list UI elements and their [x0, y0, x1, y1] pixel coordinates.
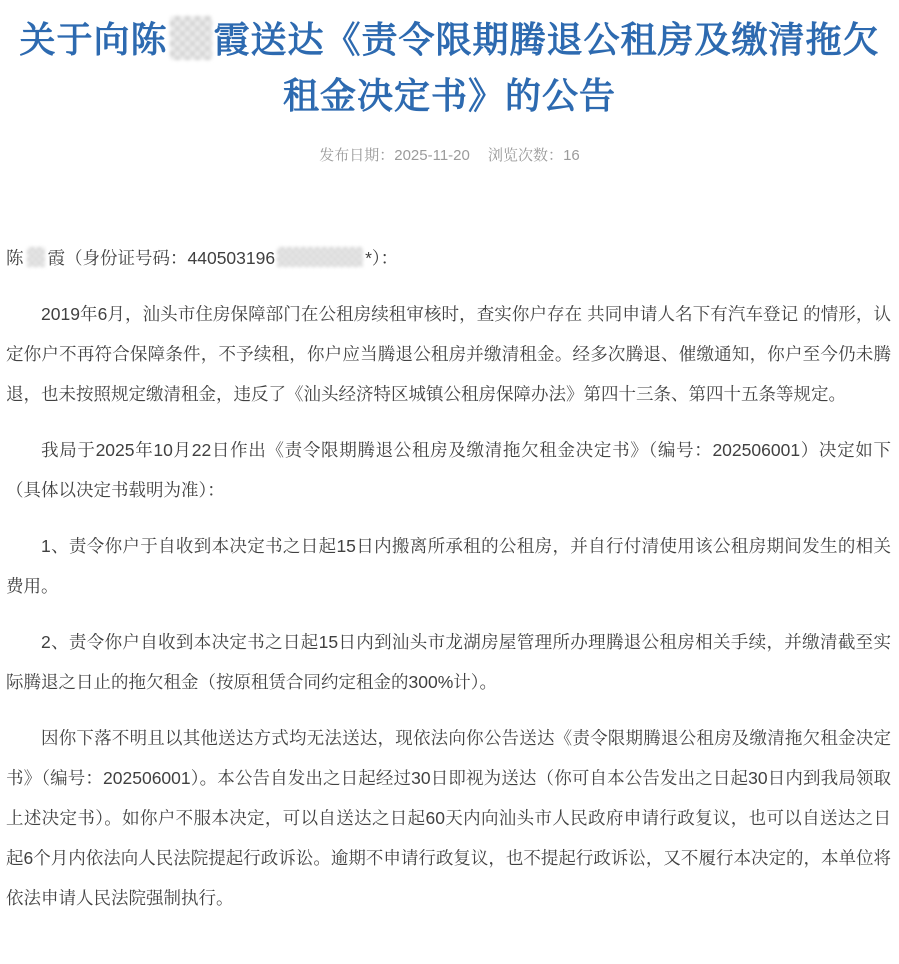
- publish-date-value: 2025-11-20: [394, 147, 470, 164]
- name-redaction-block: [27, 247, 45, 267]
- announcement-body: 陈霞（身份证号码：440503196*）： 2019年6月，汕头市住房保障部门在…: [0, 238, 899, 964]
- publish-date: 发布日期：2025-11-20: [319, 146, 470, 166]
- salutation-id-pre: 霞（身份证号码：440503196: [48, 248, 276, 268]
- salutation-name-pre: 陈: [6, 248, 24, 268]
- paragraph-facts: 2019年6月，汕头市住房保障部门在公租房续租审核时，查实你户存在 共同申请人名…: [6, 294, 891, 414]
- paragraph-order-1: 1、责令你户于自收到本决定书之日起15日内搬离所承租的公租房，并自行付清使用该公…: [6, 526, 891, 606]
- paragraph-service-and-rights: 因你下落不明且以其他送达方式均无法送达，现依法向你公告送达《责令限期腾退公租房及…: [6, 718, 891, 918]
- page-title-text-post: 霞送达《责令限期腾退公租房及缴清拖欠租金决定书》的公告: [214, 19, 880, 116]
- id-redaction-block: [277, 247, 363, 267]
- publish-date-label: 发布日期：: [319, 147, 394, 164]
- view-count-label: 浏览次数：: [488, 147, 563, 164]
- view-count-value: 16: [563, 147, 580, 164]
- title-redaction-block: [170, 16, 212, 60]
- page-title: 关于向陈霞送达《责令限期腾退公租房及缴清拖欠租金决定书》的公告: [6, 12, 893, 124]
- salutation-tail: *）：: [365, 248, 398, 268]
- announcement-page: 关于向陈霞送达《责令限期腾退公租房及缴清拖欠租金决定书》的公告 发布日期：202…: [0, 0, 899, 964]
- paragraph-decision-intro: 我局于2025年10月22日作出《责令限期腾退公租房及缴清拖欠租金决定书》（编号…: [6, 430, 891, 510]
- salutation-line: 陈霞（身份证号码：440503196*）：: [6, 238, 891, 278]
- page-title-text-pre: 关于向陈: [19, 19, 167, 60]
- view-count: 浏览次数：16: [488, 146, 580, 166]
- article-meta: 发布日期：2025-11-20 浏览次数：16: [0, 146, 899, 166]
- paragraph-order-2: 2、责令你户自收到本决定书之日起15日内到汕头市龙湖房屋管理所办理腾退公租房相关…: [6, 622, 891, 702]
